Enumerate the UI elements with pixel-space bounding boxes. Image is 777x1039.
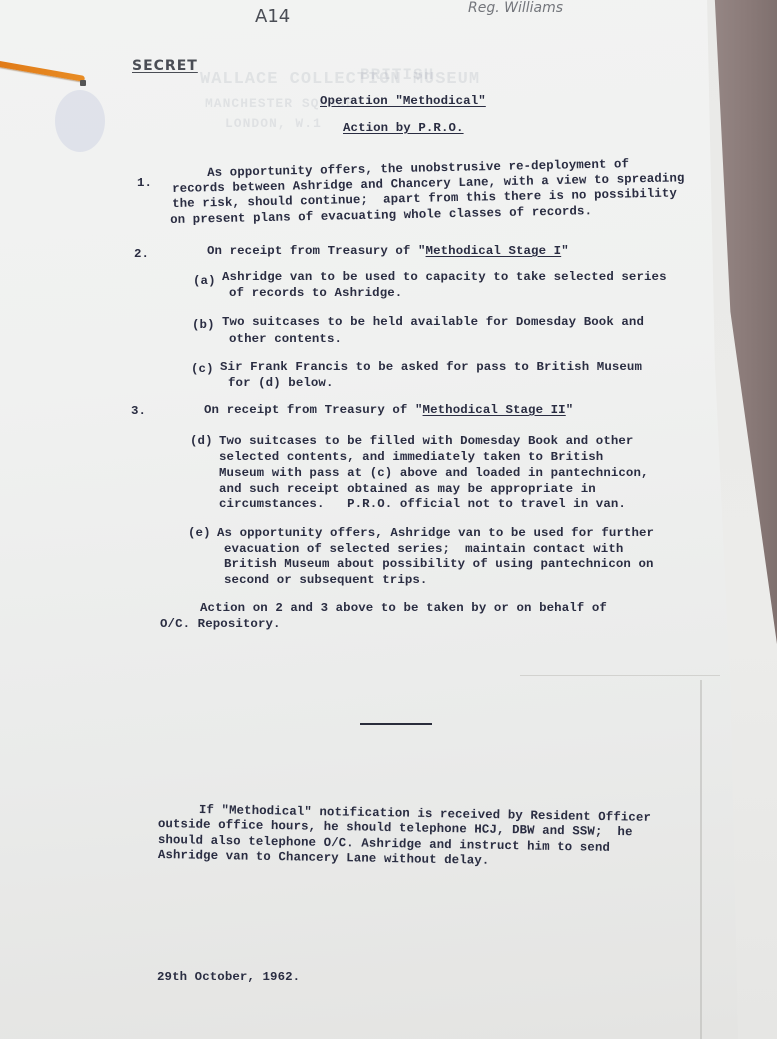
item-d-line: selected contents, and immediately taken… xyxy=(219,450,603,465)
ghost-text: WALLACE COLLECTION MUSEUM xyxy=(200,70,480,89)
item-b-label: (b) xyxy=(192,318,215,333)
document-subtitle: Action by P.R.O. xyxy=(343,121,464,136)
paragraph-number: 1. xyxy=(137,176,152,191)
stage-link: Methodical Stage II xyxy=(423,403,566,417)
item-d-line: Museum with pass at (c) above and loaded… xyxy=(219,466,649,481)
paragraph-number: 3. xyxy=(131,404,146,419)
item-d-line: circumstances. P.R.O. official not to tr… xyxy=(219,497,626,512)
item-e-line: As opportunity offers, Ashridge van to b… xyxy=(217,526,654,541)
item-a-label: (a) xyxy=(193,274,216,289)
page-fold xyxy=(520,675,720,676)
item-e-line: second or subsequent trips. xyxy=(224,573,427,588)
item-e-line: evacuation of selected series; maintain … xyxy=(224,542,623,557)
section-divider xyxy=(360,723,432,725)
item-b-line: Two suitcases to be held available for D… xyxy=(222,315,644,330)
item-a-line: Ashridge van to be used to capacity to t… xyxy=(222,270,667,285)
page-edge xyxy=(700,680,702,1039)
faded-stamp xyxy=(55,90,105,152)
item-b-line: other contents. xyxy=(229,332,342,347)
handwritten-classification: SECRET xyxy=(132,58,198,74)
handwritten-reference: A14 xyxy=(255,6,290,27)
paragraph-3-lead: On receipt from Treasury of "Methodical … xyxy=(204,403,573,418)
item-e-label: (e) xyxy=(188,526,211,541)
document-page xyxy=(0,0,777,1039)
action-note-line: Action on 2 and 3 above to be taken by o… xyxy=(200,601,607,616)
item-c-line: Sir Frank Francis to be asked for pass t… xyxy=(220,360,642,375)
treasury-tag-end xyxy=(80,80,86,86)
stage-link: Methodical Stage I xyxy=(426,244,562,258)
document-date: 29th October, 1962. xyxy=(157,970,300,985)
item-c-label: (c) xyxy=(191,362,214,377)
handwritten-signature: Reg. Williams xyxy=(468,0,563,16)
item-e-line: British Museum about possibility of usin… xyxy=(224,557,654,572)
item-d-line: Two suitcases to be filled with Domesday… xyxy=(219,434,633,449)
paragraph-number: 2. xyxy=(134,247,149,262)
item-d-label: (d) xyxy=(190,434,213,449)
ghost-text: LONDON, W.1 xyxy=(225,116,322,131)
document-title: Operation "Methodical" xyxy=(320,94,486,109)
paragraph-2-lead: On receipt from Treasury of "Methodical … xyxy=(207,244,569,259)
action-note-line: O/C. Repository. xyxy=(160,617,281,632)
item-d-line: and such receipt obtained as may be appr… xyxy=(219,482,596,497)
item-c-line: for (d) below. xyxy=(228,376,334,391)
item-a-line: of records to Ashridge. xyxy=(229,286,402,301)
